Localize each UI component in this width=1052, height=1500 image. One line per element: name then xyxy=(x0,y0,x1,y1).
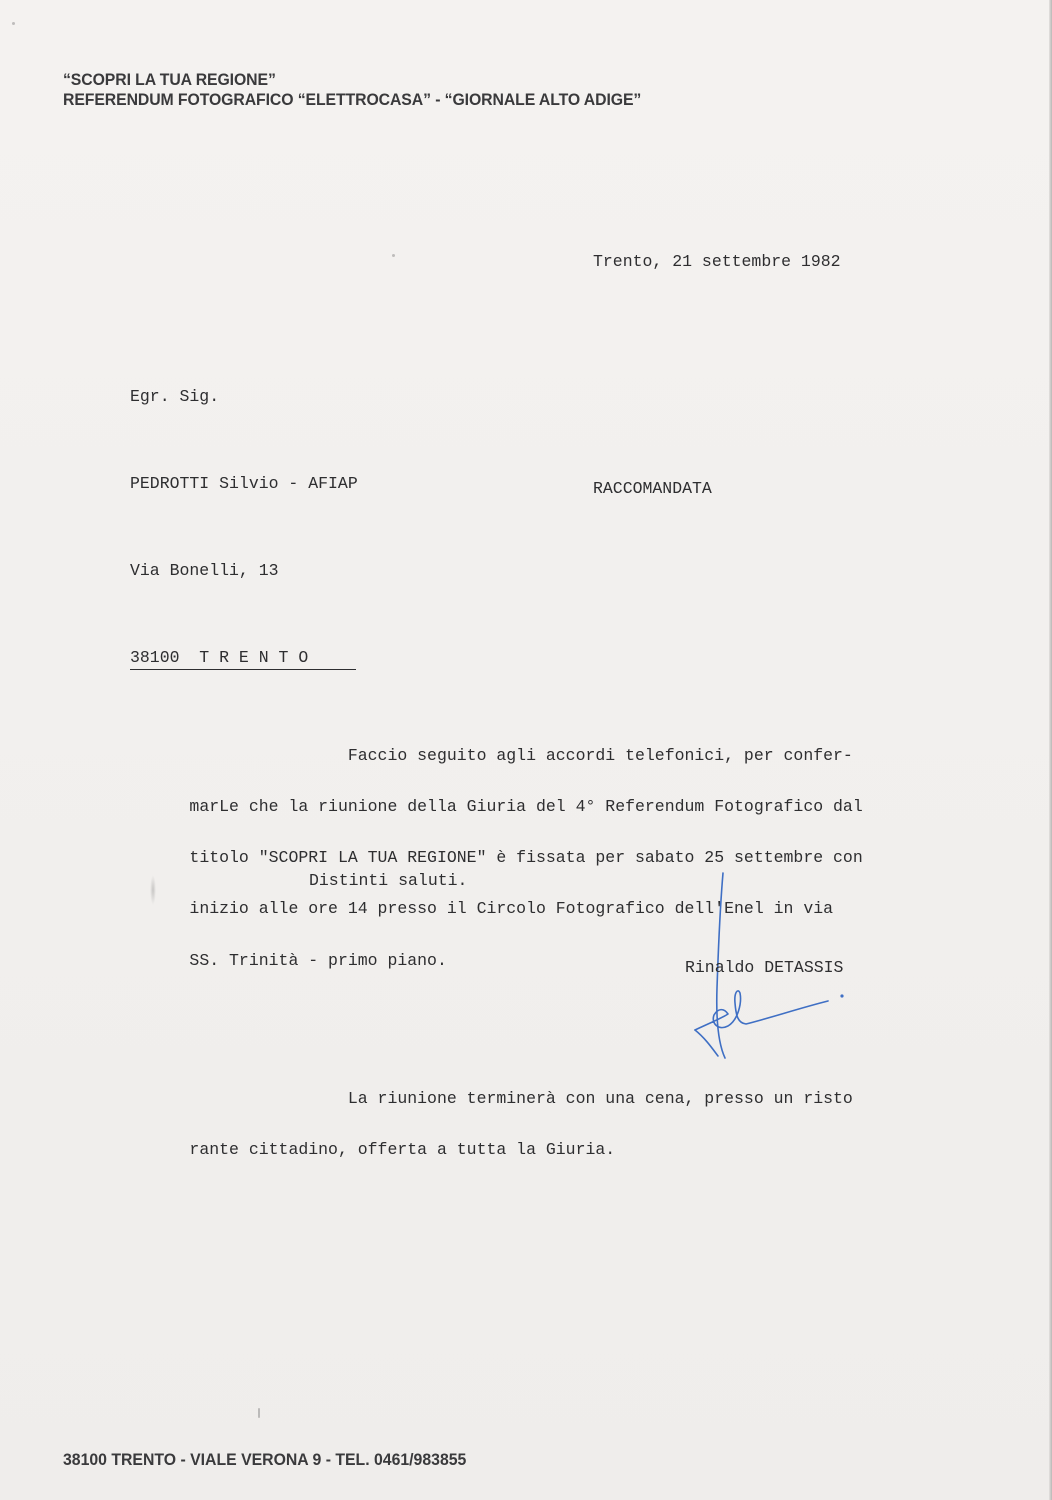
body-line: La riunione terminerà con una cena, pres… xyxy=(189,1089,852,1108)
letterhead-footer: 38100 TRENTO - VIALE VERONA 9 - TEL. 046… xyxy=(63,1450,466,1470)
recipient-salutation: Egr. Sig. xyxy=(130,382,358,411)
letterhead-title: “SCOPRI LA TUA REGIONE” xyxy=(63,70,641,90)
body-line: marLe che la riunione della Giuria del 4… xyxy=(189,797,862,816)
letter-page: “SCOPRI LA TUA REGIONE” REFERENDUM FOTOG… xyxy=(0,0,1052,1500)
paper-smudge xyxy=(150,875,156,905)
delivery-type: RACCOMANDATA xyxy=(593,479,712,498)
paper-speck xyxy=(12,22,15,25)
body-paragraph-2: La riunione terminerà con una cena, pres… xyxy=(130,1060,863,1188)
body-line: SS. Trinità - primo piano. xyxy=(189,951,446,970)
body-line: rante cittadino, offerta a tutta la Giur… xyxy=(189,1140,615,1159)
body-line: titolo "SCOPRI LA TUA REGIONE" è fissata… xyxy=(189,848,862,867)
letterhead-subtitle: REFERENDUM FOTOGRAFICO “ELETTROCASA” - “… xyxy=(63,90,641,110)
recipient-name: PEDROTTI Silvio - AFIAP xyxy=(130,469,358,498)
letterhead: “SCOPRI LA TUA REGIONE” REFERENDUM FOTOG… xyxy=(63,70,641,110)
paper-speck xyxy=(392,254,395,257)
letter-date: Trento, 21 settembre 1982 xyxy=(593,252,841,271)
closing-salutation: Distinti saluti. xyxy=(309,871,467,890)
recipient-street: Via Bonelli, 13 xyxy=(130,556,358,585)
paper-speck xyxy=(258,1408,260,1418)
body-line: Faccio seguito agli accordi telefonici, … xyxy=(189,746,852,765)
signatory-name: Rinaldo DETASSIS xyxy=(685,958,843,977)
